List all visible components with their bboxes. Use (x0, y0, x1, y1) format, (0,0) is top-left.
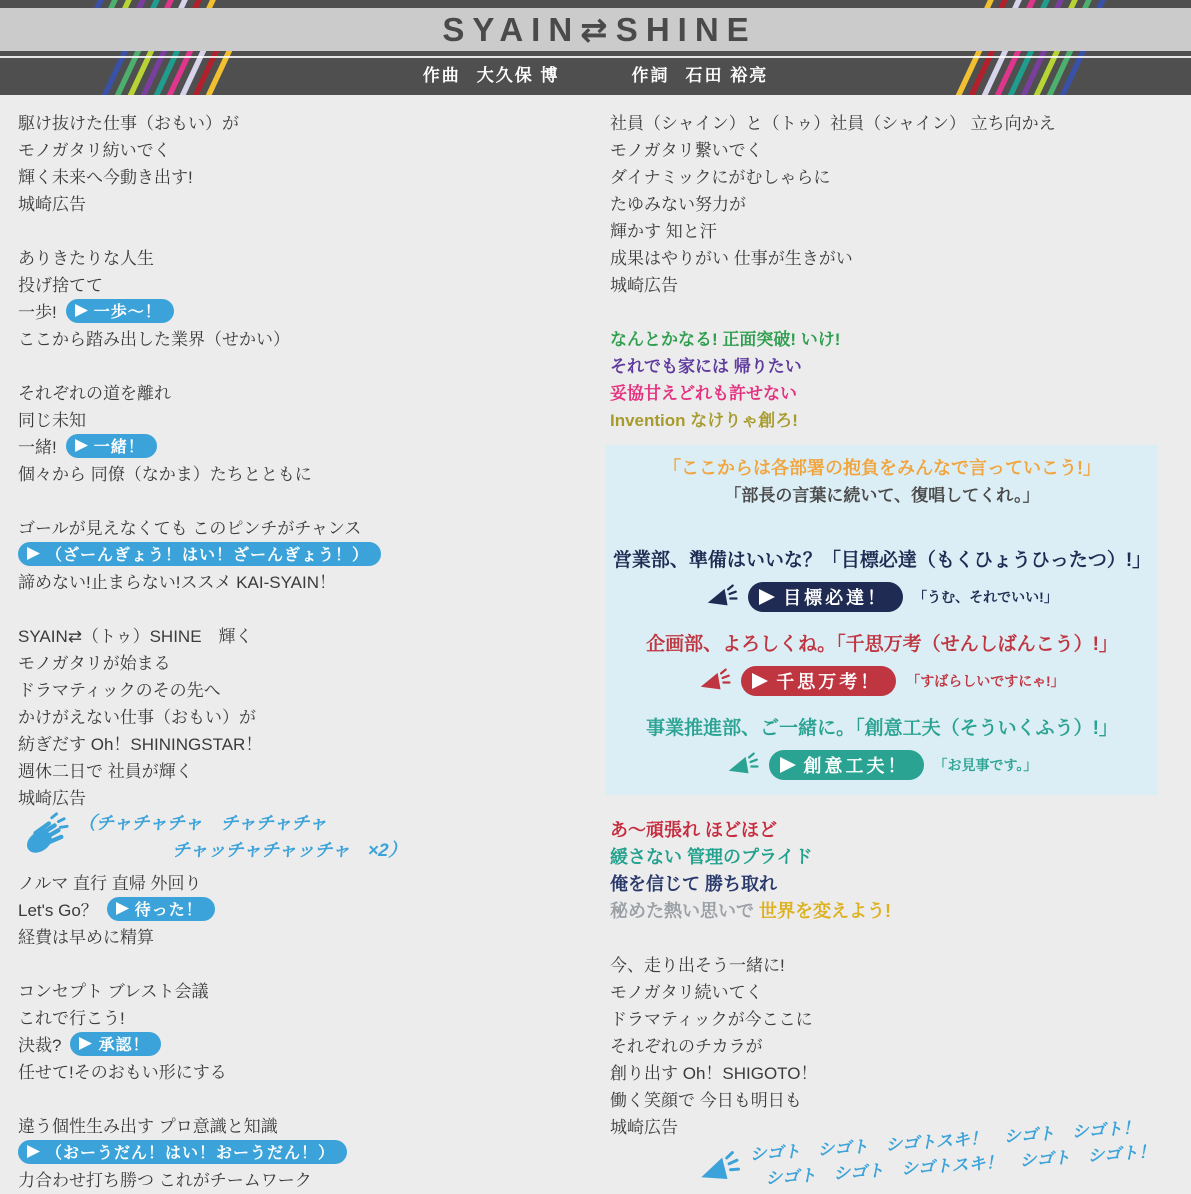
stanza: ノルマ 直行 直帰 外回り Let's Go？ 待った！ 経費は早めに精算 (18, 868, 593, 949)
call-badge: 一歩〜！ (66, 299, 174, 323)
lyric-line: 一歩! 一歩〜！ (18, 297, 593, 324)
play-icon (780, 757, 796, 773)
call-badge: （おーうだん！はい！おーうだん！） (18, 1140, 347, 1164)
call-badge: 目標必達！ (748, 582, 903, 612)
box-quote-gray: 「部長の言葉に続いて、復唱してくれ。」 (606, 482, 1158, 509)
play-icon (75, 439, 88, 452)
lyric-line: ドラマティックが今ここに (610, 1004, 1176, 1031)
department-call-line: 事業推進部、ご一緒に。「創意工夫（そういくふう）!」 (606, 715, 1158, 742)
lyric-line: ありきたりな人生 (18, 243, 593, 270)
play-icon (27, 1145, 40, 1158)
lyric-line: モノガタリが始まる (18, 648, 593, 675)
lyric-line-red: あ〜頑張れ ほどほど (610, 815, 1176, 842)
call-badge: 待った！ (107, 897, 215, 921)
color-stripes (92, 0, 217, 8)
page-title: SYAIN⇄SHINE (434, 10, 756, 49)
call-badge: 創意工夫！ (769, 750, 924, 780)
stanza: 違う個性生み出す プロ意識と知識 （おーうだん！はい！おーうだん！） 力合わせ打… (18, 1111, 593, 1192)
call-badge: 一緒！ (66, 434, 157, 458)
play-icon (759, 589, 775, 605)
right-column: 社員（シャイン）と（トゥ）社員（シャイン） 立ち向かえ モノガタリ繋いでく ダイ… (610, 108, 1176, 1139)
play-icon (116, 902, 129, 915)
lyric-line: 社員（シャイン）と（トゥ）社員（シャイン） 立ち向かえ (610, 108, 1176, 135)
department-call-line: 営業部、準備はいいな？「目標必達（もくひょうひったつ）!」 (606, 547, 1158, 574)
lyric-line: ゴールが見えなくても このピンチがチャンス (18, 513, 593, 540)
call-reply: 「うむ、それでいい!」 (913, 587, 1058, 607)
lyric-line-teal: 緩さない 管理のプライド (610, 842, 1176, 869)
lyric-line: （おーうだん！はい！おーうだん！） (18, 1138, 593, 1165)
call-badge-label: 一緒！ (94, 434, 145, 457)
megaphone-icon (706, 583, 738, 611)
play-icon (27, 547, 40, 560)
lyric-line: 輝く未来へ今動き出す! (18, 162, 593, 189)
lyric-line-navy: 俺を信じて 勝ち取れ (610, 869, 1176, 896)
lyric-line: ドラマティックのその先へ (18, 675, 593, 702)
lyric-line: たゆみない努力が (610, 189, 1176, 216)
stanza: あ〜頑張れ ほどほど 緩さない 管理のプライド 俺を信じて 勝ち取れ 秘めた熱い… (610, 815, 1176, 923)
call-reply: 「すばらしいですにゃ!」 (906, 671, 1064, 691)
lyric-line: SYAIN⇄（トゥ）SHINE 輝く (18, 621, 593, 648)
department-call-line: 企画部、よろしくね。「千思万考（せんしばんこう）!」 (606, 631, 1158, 658)
call-badge-label: 創意工夫！ (804, 752, 909, 778)
lyric-line-pink: 妥協甘えどれも許せない (610, 378, 1176, 405)
lyric-line: コンセプト ブレスト会議 (18, 976, 593, 1003)
lyric-line: 週休二日で 社員が輝く (18, 756, 593, 783)
credits: 作曲 大久保 博 作詞 石田 裕亮 (0, 51, 1191, 95)
stanza: 駆け抜けた仕事（おもい）が モノガタリ紡いでく 輝く未来へ今動き出す! 城崎広告 (18, 108, 593, 216)
lyricist-label: 作詞 (632, 61, 670, 86)
megaphone-icon (727, 751, 759, 779)
color-stripes (982, 0, 1107, 8)
play-icon (75, 304, 88, 317)
lyric-line: それぞれのチカラが (610, 1031, 1176, 1058)
play-icon (752, 673, 768, 689)
stanza: 今、走り出そう一緒に! モノガタリ続いてく ドラマティックが今ここに それぞれの… (610, 950, 1176, 1139)
lyric-line: ここから踏み出した業界（せかい） (18, 324, 593, 351)
stanza: ゴールが見えなくても このピンチがチャンス （ざーんぎょう！はい！ざーんぎょう！… (18, 513, 593, 594)
call-badge-label: 待った！ (135, 897, 203, 920)
lyric-line: 城崎広告 (18, 783, 593, 810)
call-badge-label: 承認！ (98, 1032, 149, 1055)
lyric-line-mixed: 秘めた熱い思いで 世界を変えよう! (610, 896, 1176, 923)
lyric-text: 決裁? (18, 1031, 61, 1056)
stanza: SYAIN⇄（トゥ）SHINE 輝く モノガタリが始まる ドラマティックのその先… (18, 621, 593, 810)
composer-name: 大久保 博 (477, 61, 560, 86)
box-quote-orange: 「ここからは各部署の抱負をみんなで言っていこう!」 (606, 455, 1158, 482)
stanza: ありきたりな人生 投げ捨てて 一歩! 一歩〜！ ここから踏み出した業界（せかい） (18, 243, 593, 351)
lyric-line: モノガタリ紡いでく (18, 135, 593, 162)
lyric-line: モノガタリ繋いでく (610, 135, 1176, 162)
lyric-line: 城崎広告 (18, 189, 593, 216)
call-badge-label: （ざーんぎょう！はい！ざーんぎょう！） (46, 542, 369, 565)
stanza: なんとかなる! 正面突破! いけ! それでも家には 帰りたい 妥協甘えどれも許せ… (610, 324, 1176, 432)
lyric-line-purple: それでも家には 帰りたい (610, 351, 1176, 378)
stanza: それぞれの道を離れ 同じ未知 一緒! 一緒！ 個々から 同僚（なかま）たちととも… (18, 378, 593, 486)
lyric-text: Let's Go？ (18, 896, 98, 921)
lyric-text-gold: 世界を変えよう! (759, 897, 891, 923)
lyric-line: 決裁? 承認！ (18, 1030, 593, 1057)
lyric-text: 一緒! (18, 433, 57, 458)
lyric-line: 成果はやりがい 仕事が生きがい (610, 243, 1176, 270)
page-header: SYAIN⇄SHINE 作曲 大久保 博 作詞 石田 裕亮 (0, 0, 1191, 95)
call-badge: 千思万考！ (741, 666, 896, 696)
lyric-line: 経費は早めに精算 (18, 922, 593, 949)
lyric-line: 個々から 同僚（なかま）たちとともに (18, 459, 593, 486)
call-group-business: 事業推進部、ご一緒に。「創意工夫（そういくふう）!」 創意工夫！ 「お見事です。… (606, 715, 1158, 782)
lyric-line: これで行こう! (18, 1003, 593, 1030)
lyric-line: 一緒! 一緒！ (18, 432, 593, 459)
top-stripe-bar (0, 0, 1191, 8)
megaphone-icon (699, 667, 731, 695)
title-band: SYAIN⇄SHINE (0, 8, 1191, 51)
lyric-text-gray: 秘めた熱い思いで (610, 897, 759, 923)
lyric-line: モノガタリ続いてく (610, 977, 1176, 1004)
chant-line: （チャチャチャ チャチャチャ (77, 810, 409, 837)
lyric-line: 投げ捨てて (18, 270, 593, 297)
clap-chant: （チャチャチャ チャチャチャ チャッチャチャッチャ ×2） (18, 810, 593, 868)
stanza: コンセプト ブレスト会議 これで行こう! 決裁? 承認！ 任せて!そのおもい形に… (18, 976, 593, 1084)
lyric-line-olive: Invention なけりゃ創ろ! (610, 405, 1176, 432)
call-group-planning: 企画部、よろしくね。「千思万考（せんしばんこう）!」 千思万考！ 「すばらしいで… (606, 631, 1158, 698)
left-column: 駆け抜けた仕事（おもい）が モノガタリ紡いでく 輝く未来へ今動き出す! 城崎広告… (18, 108, 593, 1192)
lyric-line: 同じ未知 (18, 405, 593, 432)
call-badge: （ざーんぎょう！はい！ざーんぎょう！） (18, 542, 381, 566)
chant-line: チャッチャチャッチャ ×2） (75, 837, 407, 864)
lyrics-body: 駆け抜けた仕事（おもい）が モノガタリ紡いでく 輝く未来へ今動き出す! 城崎広告… (0, 95, 1191, 1194)
play-icon (79, 1037, 92, 1050)
lyric-line: かけがえない仕事（おもい）が (18, 702, 593, 729)
call-row: 千思万考！ 「すばらしいですにゃ!」 (606, 664, 1158, 698)
lyric-line: 駆け抜けた仕事（おもい）が (18, 108, 593, 135)
lyric-line: 創り出す Oh！SHIGOTO！ (610, 1058, 1176, 1085)
clap-icon (23, 812, 69, 858)
lyric-line: 違う個性生み出す プロ意識と知識 (18, 1111, 593, 1138)
lyric-line: それぞれの道を離れ (18, 378, 593, 405)
lyric-line: 諦めない!止まらない!ススメ KAI-SYAIN！ (18, 567, 593, 594)
call-badge-label: （おーうだん！はい！おーうだん！） (46, 1140, 335, 1163)
lyric-line: Let's Go？ 待った！ (18, 895, 593, 922)
clap-chant-lines: （チャチャチャ チャチャチャ チャッチャチャッチャ ×2） (75, 810, 409, 864)
megaphone-icon (697, 1149, 741, 1188)
call-badge-label: 一歩〜！ (94, 299, 162, 322)
call-response-box: 「ここからは各部署の抱負をみんなで言っていこう!」 「部長の言葉に続いて、復唱し… (606, 445, 1158, 795)
lyric-line: 城崎広告 (610, 270, 1176, 297)
lyric-line-green: なんとかなる! 正面突破! いけ! (610, 324, 1176, 351)
lyric-line: 紡ぎだす Oh！SHININGSTAR！ (18, 729, 593, 756)
composer-label: 作曲 (423, 61, 461, 86)
lyric-line: （ざーんぎょう！はい！ざーんぎょう！） (18, 540, 593, 567)
lyric-line: 働く笑顔で 今日も明日も (610, 1085, 1176, 1112)
call-row: 目標必達！ 「うむ、それでいい!」 (606, 580, 1158, 614)
call-row: 創意工夫！ 「お見事です。」 (606, 748, 1158, 782)
call-badge-label: 千思万考！ (776, 668, 881, 694)
call-badge-label: 目標必達！ (783, 584, 888, 610)
lyric-line: 任せて!そのおもい形にする (18, 1057, 593, 1084)
call-reply: 「お見事です。」 (934, 755, 1038, 775)
lyric-text: 一歩! (18, 298, 57, 323)
lyric-line: 今、走り出そう一緒に! (610, 950, 1176, 977)
call-group-sales: 営業部、準備はいいな？「目標必達（もくひょうひったつ）!」 目標必達！ 「うむ、… (606, 547, 1158, 614)
lyricist-name: 石田 裕亮 (686, 61, 769, 86)
lyric-line: ノルマ 直行 直帰 外回り (18, 868, 593, 895)
lyric-line: ダイナミックにがむしゃらに (610, 162, 1176, 189)
credits-bar: 作曲 大久保 博 作詞 石田 裕亮 (0, 51, 1191, 95)
lyric-line: 力合わせ打ち勝つ これがチームワーク (18, 1165, 593, 1192)
call-badge: 承認！ (70, 1032, 161, 1056)
lyric-line: 輝かす 知と汗 (610, 216, 1176, 243)
stanza: 社員（シャイン）と（トゥ）社員（シャイン） 立ち向かえ モノガタリ繋いでく ダイ… (610, 108, 1176, 297)
